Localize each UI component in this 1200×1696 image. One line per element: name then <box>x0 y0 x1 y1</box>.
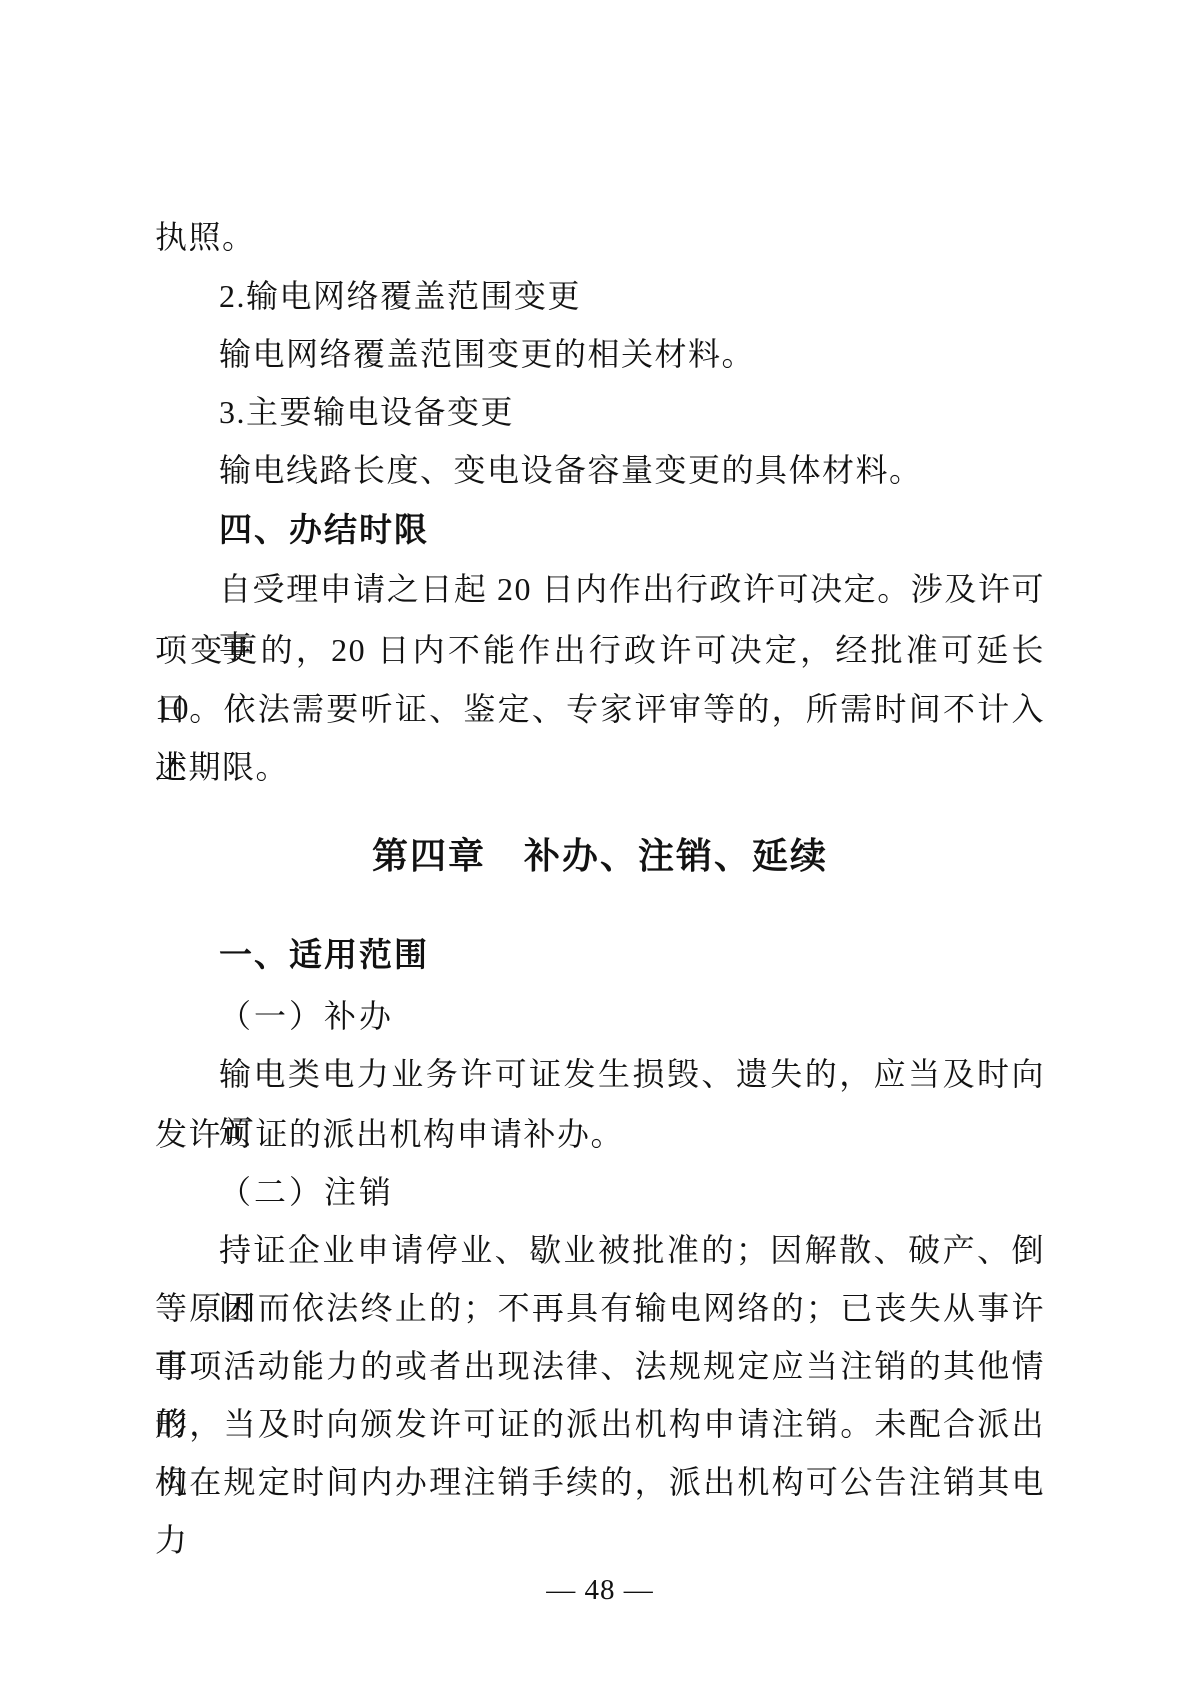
text-line: 持证企业申请停业、歇业被批准的；因解散、破产、倒闭 <box>155 1221 1045 1279</box>
text-line: 输电网络覆盖范围变更的相关材料。 <box>155 325 1045 383</box>
chapter-heading: 第四章 补办、注销、延续 <box>0 820 1200 892</box>
numbered-item-line: 2.输电网络覆盖范围变更 <box>155 267 1045 325</box>
section-heading: 一、适用范围 <box>155 926 1045 984</box>
subsection-label: （二）注销 <box>155 1163 1045 1221</box>
text-line: 项变更的，20 日内不能作出行政许可决定，经批准可延长 10 <box>155 621 1045 679</box>
text-line: 等原因而依法终止的；不再具有输电网络的；已丧失从事许可 <box>155 1279 1045 1337</box>
text-line: 述期限。 <box>155 738 1045 796</box>
section-heading: 四、办结时限 <box>155 501 1045 559</box>
text-line: 输电线路长度、变电设备容量变更的具体材料。 <box>155 441 1045 499</box>
text-line: 自受理申请之日起 20 日内作出行政许可决定。涉及许可事 <box>155 560 1045 618</box>
text-line: 构在规定时间内办理注销手续的，派出机构可公告注销其电力 <box>155 1453 1045 1511</box>
subsection-label: （一）补办 <box>155 987 1045 1045</box>
page-number: — 48 — <box>0 1561 1200 1619</box>
text-line: 的，当及时向颁发许可证的派出机构申请注销。未配合派出机 <box>155 1395 1045 1453</box>
text-line: 执照。 <box>155 208 1045 266</box>
text-line: 输电类电力业务许可证发生损毁、遗失的，应当及时向颁 <box>155 1045 1045 1103</box>
text-line: 日。依法需要听证、鉴定、专家评审等的，所需时间不计入上 <box>155 680 1045 738</box>
numbered-item-line: 3.主要输电设备变更 <box>155 383 1045 441</box>
text-line: 发许可证的派出机构申请补办。 <box>155 1105 1045 1163</box>
text-line: 事项活动能力的或者出现法律、法规规定应当注销的其他情形 <box>155 1337 1045 1395</box>
document-page: 执照。 2.输电网络覆盖范围变更 输电网络覆盖范围变更的相关材料。 3.主要输电… <box>0 0 1200 1696</box>
